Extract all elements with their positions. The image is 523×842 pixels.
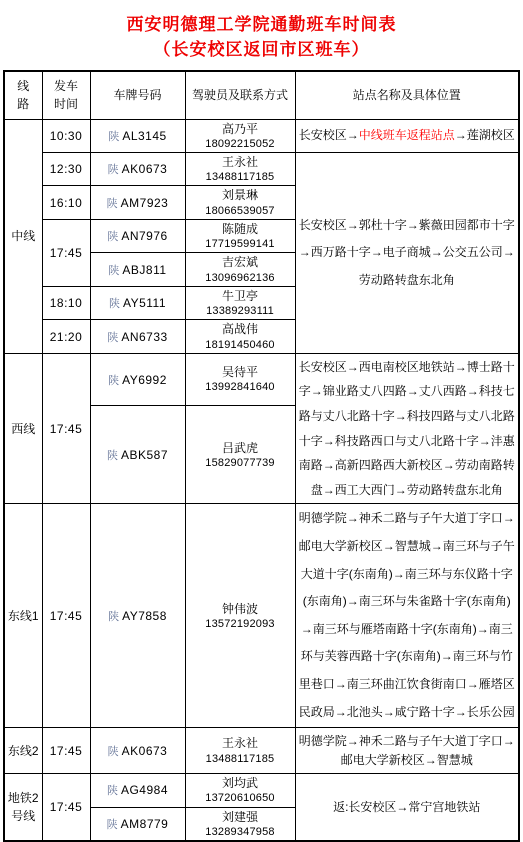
plate-number: AK0673	[122, 744, 168, 758]
driver-name: 王永社	[188, 735, 293, 751]
plate-province: 陕	[109, 298, 120, 310]
depart-time: 17:45	[42, 728, 90, 774]
plate-cell: 陕ABK587	[90, 406, 185, 504]
driver-name: 吕武虎	[188, 440, 293, 456]
table-row: 地铁2号线 17:45 陕AG4984 刘均武 13720610650 返:长安…	[4, 774, 519, 807]
driver-cell: 高乃平 18092215052	[185, 119, 295, 152]
route-label-dongxian2: 东线2	[4, 728, 42, 774]
driver-phone: 13389293111	[188, 304, 293, 318]
page-header: 西安明德理工学院通勤班车时间表 （长安校区返回市区班车）	[0, 0, 523, 62]
plate-cell: 陕AY5111	[90, 286, 185, 319]
table-row: 东线2 17:45 陕AK0673 王永社 13488117185 明德学院→神…	[4, 728, 519, 774]
driver-name: 陈随成	[188, 221, 293, 237]
station-text-highlight: 中线班车返程站点	[359, 128, 455, 142]
station-cell-dongxian1: 明德学院→神禾二路与子午大道丁字口→邮电大学新校区→智慧城→南三环与子午大道十字…	[295, 504, 519, 728]
depart-time: 18:10	[42, 286, 90, 319]
plate-number: AY6992	[122, 373, 167, 387]
plate-province: 陕	[108, 265, 119, 277]
driver-cell: 陈随成 17719599141	[185, 219, 295, 252]
driver-name: 高战伟	[188, 321, 293, 337]
driver-cell: 刘建强 13289347958	[185, 807, 295, 841]
plate-number: AN7976	[121, 229, 167, 243]
plate-province: 陕	[108, 746, 119, 758]
driver-phone: 13992841640	[188, 380, 293, 394]
driver-phone: 13488117185	[188, 752, 293, 766]
driver-name: 吉宏斌	[188, 254, 293, 270]
driver-cell: 高战伟 18191450460	[185, 320, 295, 353]
table-row: 西线 17:45 陕AY6992 吴待平 13992841640 长安校区→西电…	[4, 353, 519, 405]
table-header-row: 线 路 发车 时间 车牌号码 驾驶员及联系方式 站点名称及具体位置	[4, 71, 519, 119]
driver-name: 牛卫亭	[188, 288, 293, 304]
driver-phone: 18191450460	[188, 338, 293, 352]
plate-province: 陕	[108, 131, 119, 143]
plate-province: 陕	[108, 164, 119, 176]
driver-cell: 钟伟波 13572192093	[185, 504, 295, 728]
plate-cell: 陕AK0673	[90, 152, 185, 185]
plate-province: 陕	[107, 231, 118, 243]
driver-cell: 王永社 13488117185	[185, 152, 295, 185]
table-row: 12:30 陕AK0673 王永社 13488117185 长安校区→郭杜十字→…	[4, 152, 519, 185]
driver-name: 钟伟波	[188, 601, 293, 617]
driver-cell: 吕武虎 15829077739	[185, 406, 295, 504]
plate-province: 陕	[107, 450, 118, 462]
depart-time: 21:20	[42, 320, 90, 353]
route-label-xixian: 西线	[4, 353, 42, 504]
depart-time: 17:45	[42, 774, 90, 841]
driver-name: 刘景琳	[188, 187, 293, 203]
station-cell-ditie2: 返:长安校区→常宁宫地铁站	[295, 774, 519, 841]
header-depart-time: 发车 时间	[42, 71, 90, 119]
plate-cell: 陕AN6733	[90, 320, 185, 353]
plate-cell: 陕ABJ811	[90, 253, 185, 286]
driver-name: 刘建强	[188, 809, 293, 825]
plate-number: AY7858	[122, 609, 167, 623]
plate-cell: 陕AN7976	[90, 219, 185, 252]
route-label-dongxian1: 东线1	[4, 504, 42, 728]
driver-phone: 18066539057	[188, 204, 293, 218]
driver-name: 吴待平	[188, 364, 293, 380]
plate-province: 陕	[107, 785, 118, 797]
driver-phone: 13096962136	[188, 271, 293, 285]
header-driver: 驾驶员及联系方式	[185, 71, 295, 119]
header-plate: 车牌号码	[90, 71, 185, 119]
plate-number: ABJ811	[122, 263, 166, 277]
header-route: 线 路	[4, 71, 42, 119]
plate-number: AN6733	[121, 330, 167, 344]
driver-phone: 15829077739	[188, 456, 293, 470]
driver-phone: 13572192093	[188, 617, 293, 631]
driver-cell: 吉宏斌 13096962136	[185, 253, 295, 286]
driver-phone: 18092215052	[188, 137, 293, 151]
station-text-prefix: 长安校区→	[299, 128, 359, 142]
depart-time: 17:45	[42, 219, 90, 286]
plate-number: ABK587	[121, 448, 168, 462]
header-stations: 站点名称及具体位置	[295, 71, 519, 119]
driver-cell: 牛卫亭 13389293111	[185, 286, 295, 319]
depart-time: 10:30	[42, 119, 90, 152]
plate-number: AM8779	[121, 817, 169, 831]
bus-schedule-table: 线 路 发车 时间 车牌号码 驾驶员及联系方式 站点名称及具体位置 中线 10:…	[3, 70, 520, 842]
route-label-ditie2: 地铁2号线	[4, 774, 42, 841]
driver-phone: 13720610650	[188, 791, 293, 805]
plate-cell: 陕AM7923	[90, 186, 185, 219]
driver-phone: 17719599141	[188, 237, 293, 251]
plate-cell: 陕AL3145	[90, 119, 185, 152]
driver-cell: 刘景琳 18066539057	[185, 186, 295, 219]
plate-province: 陕	[108, 611, 119, 623]
driver-name: 高乃平	[188, 121, 293, 137]
station-cell-xixian: 长安校区→西电南校区地铁站→博士路十字→锦业路丈八四路→丈八西路→科技七路与丈八…	[295, 353, 519, 504]
plate-number: AK0673	[122, 162, 168, 176]
plate-province: 陕	[107, 198, 118, 210]
plate-province: 陕	[107, 819, 118, 831]
plate-number: AM7923	[121, 196, 169, 210]
page-subtitle: （长安校区返回市区班车）	[0, 37, 523, 62]
depart-time: 17:45	[42, 353, 90, 504]
driver-name: 王永社	[188, 154, 293, 170]
station-cell-zhongxian-first: 长安校区→中线班车返程站点→莲湖校区	[295, 119, 519, 152]
station-cell-dongxian2: 明德学院→神禾二路与子午大道丁字口→邮电大学新校区→智慧城	[295, 728, 519, 774]
plate-number: AG4984	[121, 783, 168, 797]
plate-cell: 陕AY7858	[90, 504, 185, 728]
table-row: 东线1 17:45 陕AY7858 钟伟波 13572192093 明德学院→神…	[4, 504, 519, 728]
plate-cell: 陕AY6992	[90, 353, 185, 405]
depart-time: 16:10	[42, 186, 90, 219]
plate-number: AL3145	[122, 129, 166, 143]
station-cell-zhongxian-main: 长安校区→郭杜十字→紫薇田园都市十字→西万路十字→电子商城→公交五公司→劳动路转…	[295, 152, 519, 353]
depart-time: 17:45	[42, 504, 90, 728]
plate-province: 陕	[107, 332, 118, 344]
driver-cell: 吴待平 13992841640	[185, 353, 295, 405]
plate-cell: 陕AK0673	[90, 728, 185, 774]
driver-phone: 13289347958	[188, 825, 293, 839]
table-row: 中线 10:30 陕AL3145 高乃平 18092215052 长安校区→中线…	[4, 119, 519, 152]
station-text-suffix: →莲湖校区	[455, 128, 515, 142]
plate-province: 陕	[108, 375, 119, 387]
driver-phone: 13488117185	[188, 170, 293, 184]
plate-cell: 陕AM8779	[90, 807, 185, 841]
driver-cell: 王永社 13488117185	[185, 728, 295, 774]
plate-cell: 陕AG4984	[90, 774, 185, 807]
driver-name: 刘均武	[188, 775, 293, 791]
page-title: 西安明德理工学院通勤班车时间表	[0, 12, 523, 37]
route-label-zhongxian: 中线	[4, 119, 42, 353]
depart-time: 12:30	[42, 152, 90, 185]
plate-number: AY5111	[123, 296, 166, 310]
driver-cell: 刘均武 13720610650	[185, 774, 295, 807]
